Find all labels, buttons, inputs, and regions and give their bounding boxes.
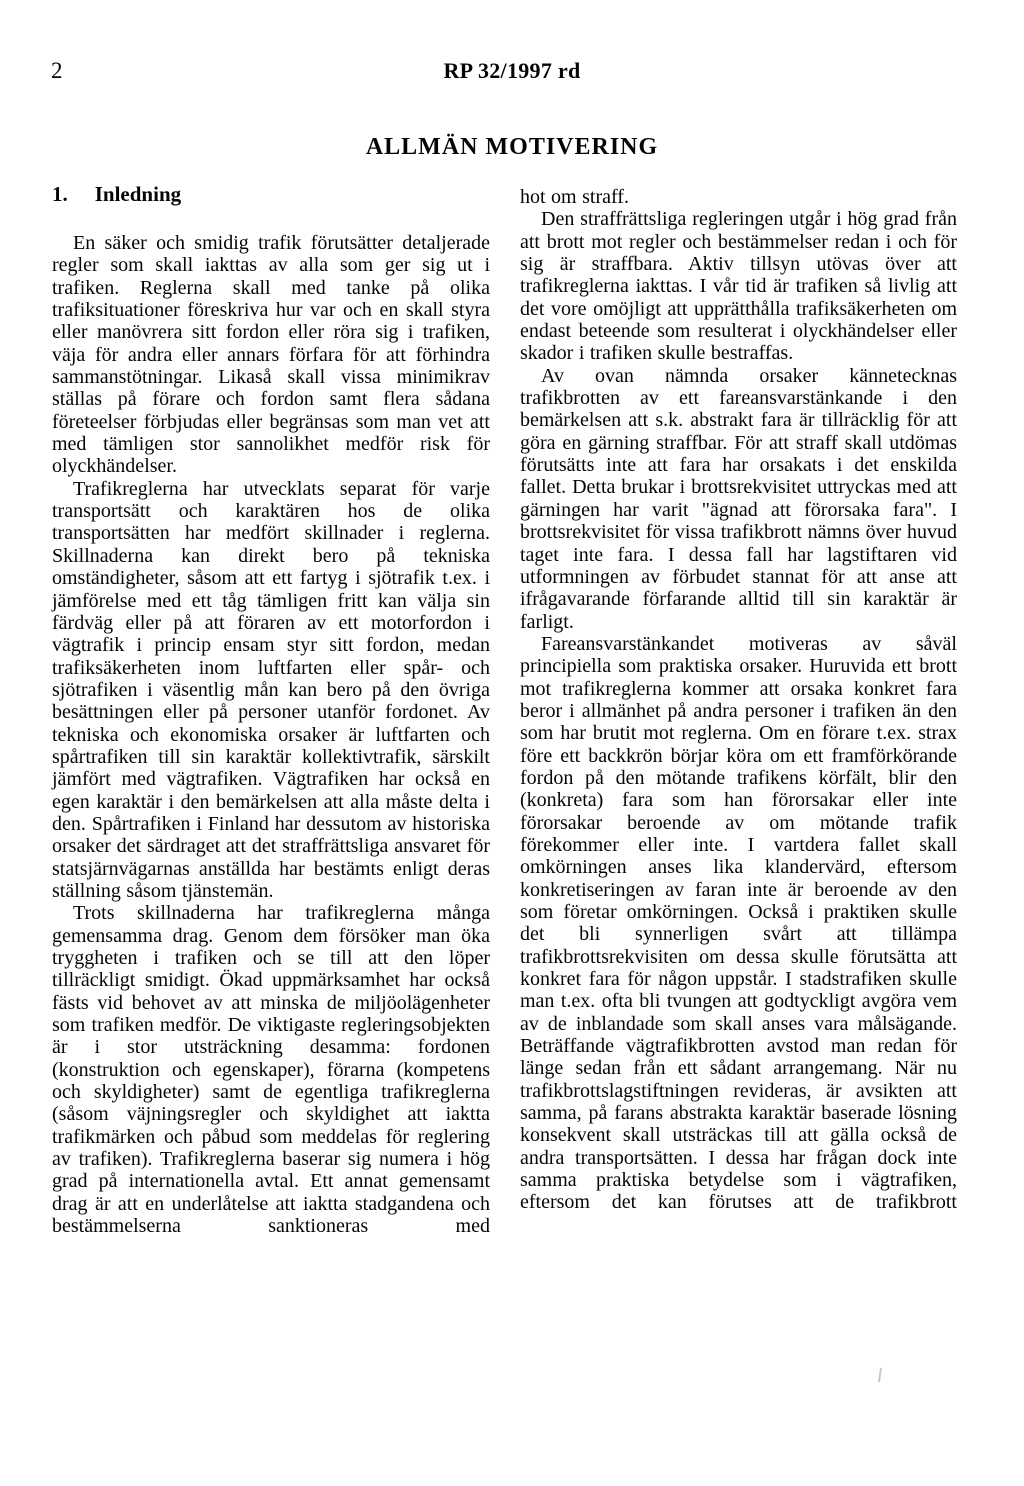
paragraph: Av ovan nämnda orsaker kännetecknas traf… [520, 365, 957, 633]
paragraph: Trafikreglerna har utvecklats separat fö… [52, 478, 490, 903]
paragraph: Trots skillnaderna har trafikreglerna må… [52, 902, 490, 1237]
main-title: ALLMÄN MOTIVERING [0, 134, 1024, 161]
paragraph: Den straffrättsliga regleringen utgår i … [520, 208, 957, 364]
paragraph-continuation: hot om straff. [520, 186, 957, 208]
scan-artifact [878, 1368, 882, 1382]
left-column: 1.Inledning En säker och smidig trafik f… [52, 183, 490, 1237]
section-title: Inledning [95, 182, 181, 206]
paragraph: En säker och smidig trafik förutsätter d… [52, 232, 490, 478]
section-number: 1. [52, 183, 68, 205]
section-heading: 1.Inledning [52, 183, 490, 205]
page-header: 2 RP 32/1997 rd [0, 58, 1024, 90]
right-column: hot om straff. Den straffrättsliga regle… [520, 186, 957, 1214]
document-reference: RP 32/1997 rd [0, 58, 1024, 84]
paragraph: Fareansvarstänkandet motiveras av såväl … [520, 633, 957, 1214]
document-page: 2 RP 32/1997 rd ALLMÄN MOTIVERING 1.Inle… [0, 0, 1024, 1486]
